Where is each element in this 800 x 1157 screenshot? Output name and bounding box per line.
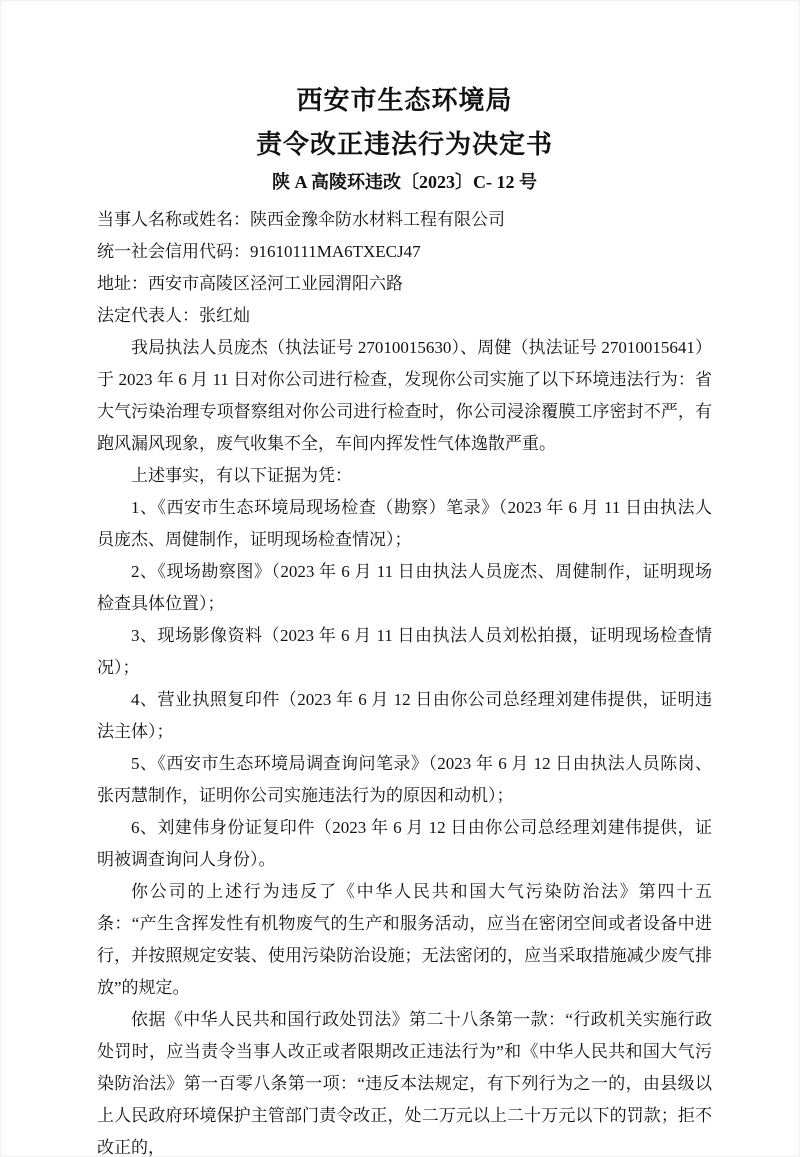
document-header: 西安市生态环境局 责令改正违法行为决定书 陕 A 高陵环违改〔2023〕C- 1… bbox=[97, 78, 712, 196]
legal-representative-line: 法定代表人：张红灿 bbox=[97, 300, 712, 332]
facts-paragraph: 我局执法人员庞杰（执法证号 27010015630）、周健（执法证号 27010… bbox=[97, 332, 712, 460]
document-type-title: 责令改正违法行为决定书 bbox=[97, 122, 712, 166]
issuing-authority-title: 西安市生态环境局 bbox=[97, 78, 712, 122]
evidence-item-1: 1、《西安市生态环境局现场检查（勘察）笔录》（2023 年 6 月 11 日由执… bbox=[97, 492, 712, 556]
address-line: 地址：西安市高陵区泾河工业园渭阳六路 bbox=[97, 268, 712, 300]
evidence-item-4: 4、营业执照复印件（2023 年 6 月 12 日由你公司总经理刘建伟提供，证明… bbox=[97, 684, 712, 748]
evidence-item-6: 6、刘建伟身份证复印件（2023 年 6 月 12 日由你公司总经理刘建伟提供，… bbox=[97, 812, 712, 876]
evidence-intro: 上述事实，有以下证据为凭： bbox=[97, 460, 712, 492]
document-body: 当事人名称或姓名：陕西金豫伞防水材料工程有限公司统一社会信用代码：9161011… bbox=[97, 204, 712, 1157]
evidence-item-3: 3、现场影像资料（2023 年 6 月 11 日由执法人员刘松拍摄，证明现场检查… bbox=[97, 620, 712, 684]
legal-basis-paragraph: 依据《中华人民共和国行政处罚法》第二十八条第一款：“行政机关实施行政处罚时，应当… bbox=[97, 1004, 712, 1157]
party-name-line: 当事人名称或姓名：陕西金豫伞防水材料工程有限公司 bbox=[97, 204, 712, 236]
document-number: 陕 A 高陵环违改〔2023〕C- 12 号 bbox=[97, 168, 712, 196]
evidence-item-2: 2、《现场勘察图》（2023 年 6 月 11 日由执法人员庞杰、周健制作，证明… bbox=[97, 556, 712, 620]
scanned-document-page: 西安市生态环境局 责令改正违法行为决定书 陕 A 高陵环违改〔2023〕C- 1… bbox=[0, 0, 800, 1157]
document-content: 西安市生态环境局 责令改正违法行为决定书 陕 A 高陵环违改〔2023〕C- 1… bbox=[97, 78, 712, 1157]
violation-paragraph: 你公司的上述行为违反了《中华人民共和国大气污染防治法》第四十五条：“产生含挥发性… bbox=[97, 876, 712, 1004]
evidence-item-5: 5、《西安市生态环境局调查询问笔录》（2023 年 6 月 12 日由执法人员陈… bbox=[97, 748, 712, 812]
credit-code-line: 统一社会信用代码：91610111MA6TXECJ47 bbox=[97, 236, 712, 268]
